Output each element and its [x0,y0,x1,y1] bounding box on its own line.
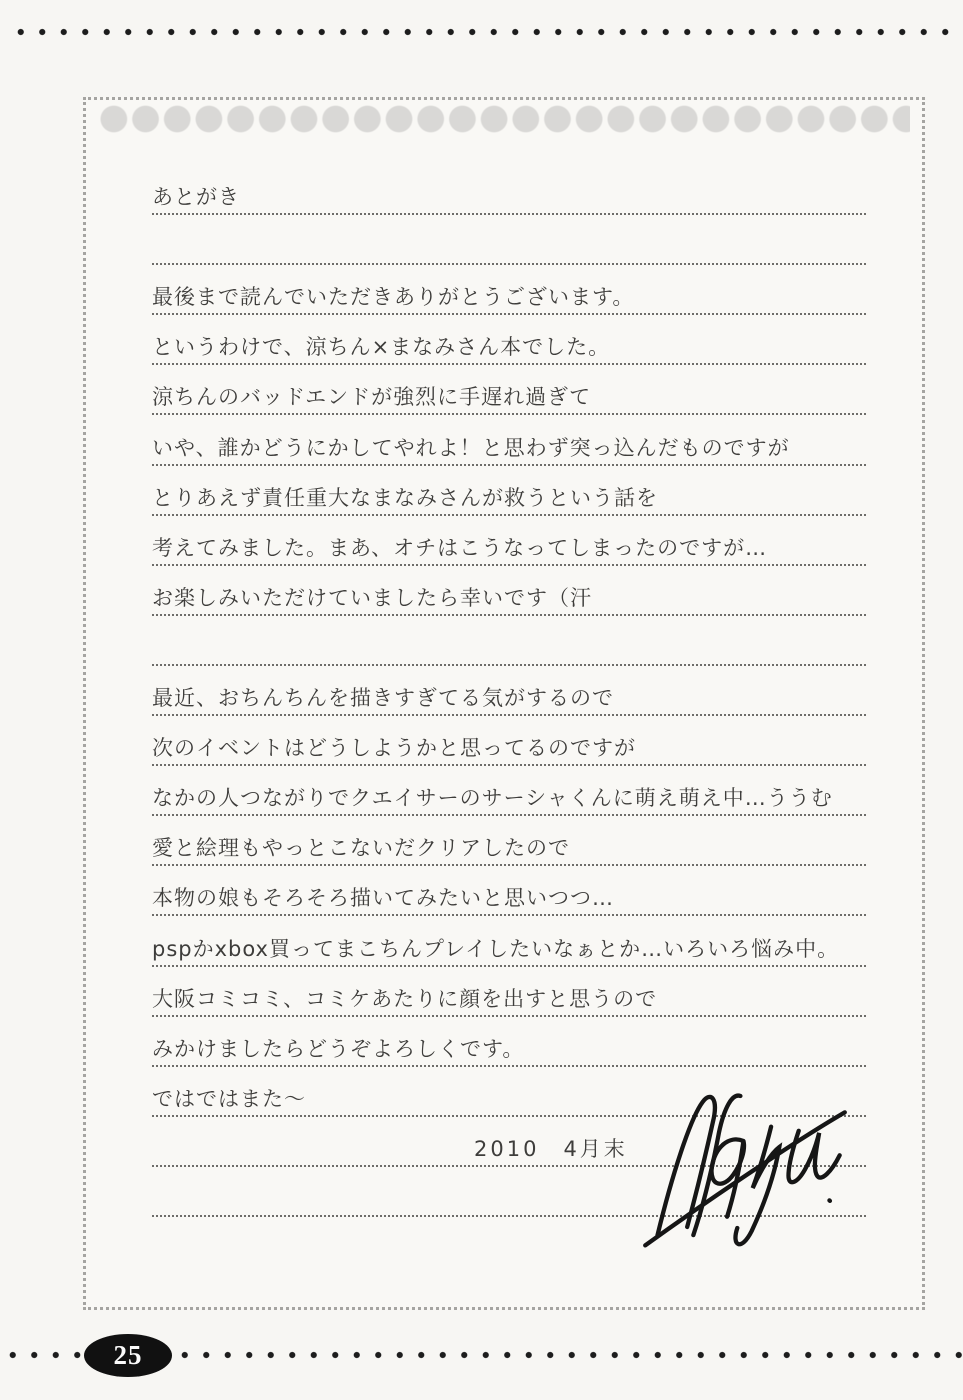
note-line: 大阪コミコミ、コミケあたりに顔を出すと思うので [152,967,866,1017]
ruled-lines: あとがき最後まで読んでいただきありがとうございます。というわけで、涼ちん×まなみ… [152,165,866,1217]
note-line-text: お楽しみいただけていましたら幸いです（汗 [152,588,592,614]
signature-stroke-d-bowl [712,1139,744,1216]
note-line: 最近、おちんちんを描きすぎてる気がするので [152,666,866,716]
note-line: とりあえず責任重大なまなみさんが救うという話を [152,466,866,516]
scanned-afterword-page: { "afterword": { "lines": [ "あとがき", "", … [0,0,963,1400]
note-line: pspかxbox買ってまこちんプレイしたいなぁとか…いろいろ悩み中。 [152,916,866,966]
note-line-text: ではではまた〜 [152,1089,306,1115]
note-line: 考えてみました。まあ、オチはこうなってしまったのですが… [152,516,866,566]
note-line: 涼ちんのバッドエンドが強烈に手遅れ過ぎて [152,365,866,415]
note-line-text: 愛と絵理もやっとこないだクリアしたので [152,838,570,864]
note-line-text: 次のイベントはどうしようかと思ってるのですが [152,738,636,764]
note-line: なかの人つながりでクエイサーのサーシャくんに萌え萌え中…ううむ [152,766,866,816]
note-line: みかけましたらどうぞよろしくです。 [152,1017,866,1067]
signature-stroke-diagonal [645,1112,845,1245]
note-line-text: いや、誰かどうにかしてやれよ！と思わず突っ込んだものですが [152,438,790,464]
note-line [152,215,866,265]
page-number-badge: 25 [84,1334,172,1377]
note-line-text: 最近、おちんちんを描きすぎてる気がするので [152,688,614,714]
note-line-text: 考えてみました。まあ、オチはこうなってしまったのですが… [152,538,767,564]
note-line-text: pspかxbox買ってまこちんプレイしたいなぁとか…いろいろ悩み中。 [152,939,839,965]
note-line: 愛と絵理もやっとこないだクリアしたので [152,816,866,866]
note-line-text: なかの人つながりでクエイサーのサーシャくんに萌え萌え中…ううむ [152,788,833,814]
note-line: 本物の娘もそろそろ描いてみたいと思いつつ… [152,866,866,916]
page-number: 25 [114,1340,143,1371]
note-line-text: 涼ちんのバッドエンドが強烈に手遅れ過ぎて [152,387,591,413]
note-line-text: とりあえず責任重大なまなみさんが救うという話を [152,488,658,514]
note-line [152,616,866,666]
note-line-text: 本物の娘もそろそろ描いてみたいと思いつつ… [152,888,614,914]
afterword-frame: あとがき最後まで読んでいただきありがとうございます。というわけで、涼ちん×まなみ… [83,97,925,1310]
signature-hideyu [635,1068,855,1258]
note-line-text: みかけましたらどうぞよろしくです。 [152,1039,524,1065]
note-line-text: 大阪コミコミ、コミケあたりに顔を出すと思うので [152,989,657,1015]
signature-dot [829,1200,830,1201]
note-line: いや、誰かどうにかしてやれよ！と思わず突っ込んだものですが [152,415,866,465]
top-dotted-border [10,27,953,37]
note-line: 次のイベントはどうしようかと思ってるのですが [152,716,866,766]
signature-stroke-u [788,1131,839,1182]
note-line: お楽しみいただけていましたら幸いです（汗 [152,566,866,616]
signature-stroke-stem [693,1096,740,1236]
note-line-text: というわけで、涼ちん×まなみさん本でした。 [152,337,610,363]
note-line: というわけで、涼ちん×まなみさん本でした。 [152,315,866,365]
note-line: あとがき [152,165,866,215]
note-line-text: 最後まで読んでいただきありがとうございます。 [152,287,634,313]
halftone-circle-band [98,105,910,133]
note-line: 最後まで読んでいただきありがとうございます。 [152,265,866,315]
note-line-text: 2010 4月末 [474,1139,628,1165]
note-line-text: あとがき [152,187,240,213]
